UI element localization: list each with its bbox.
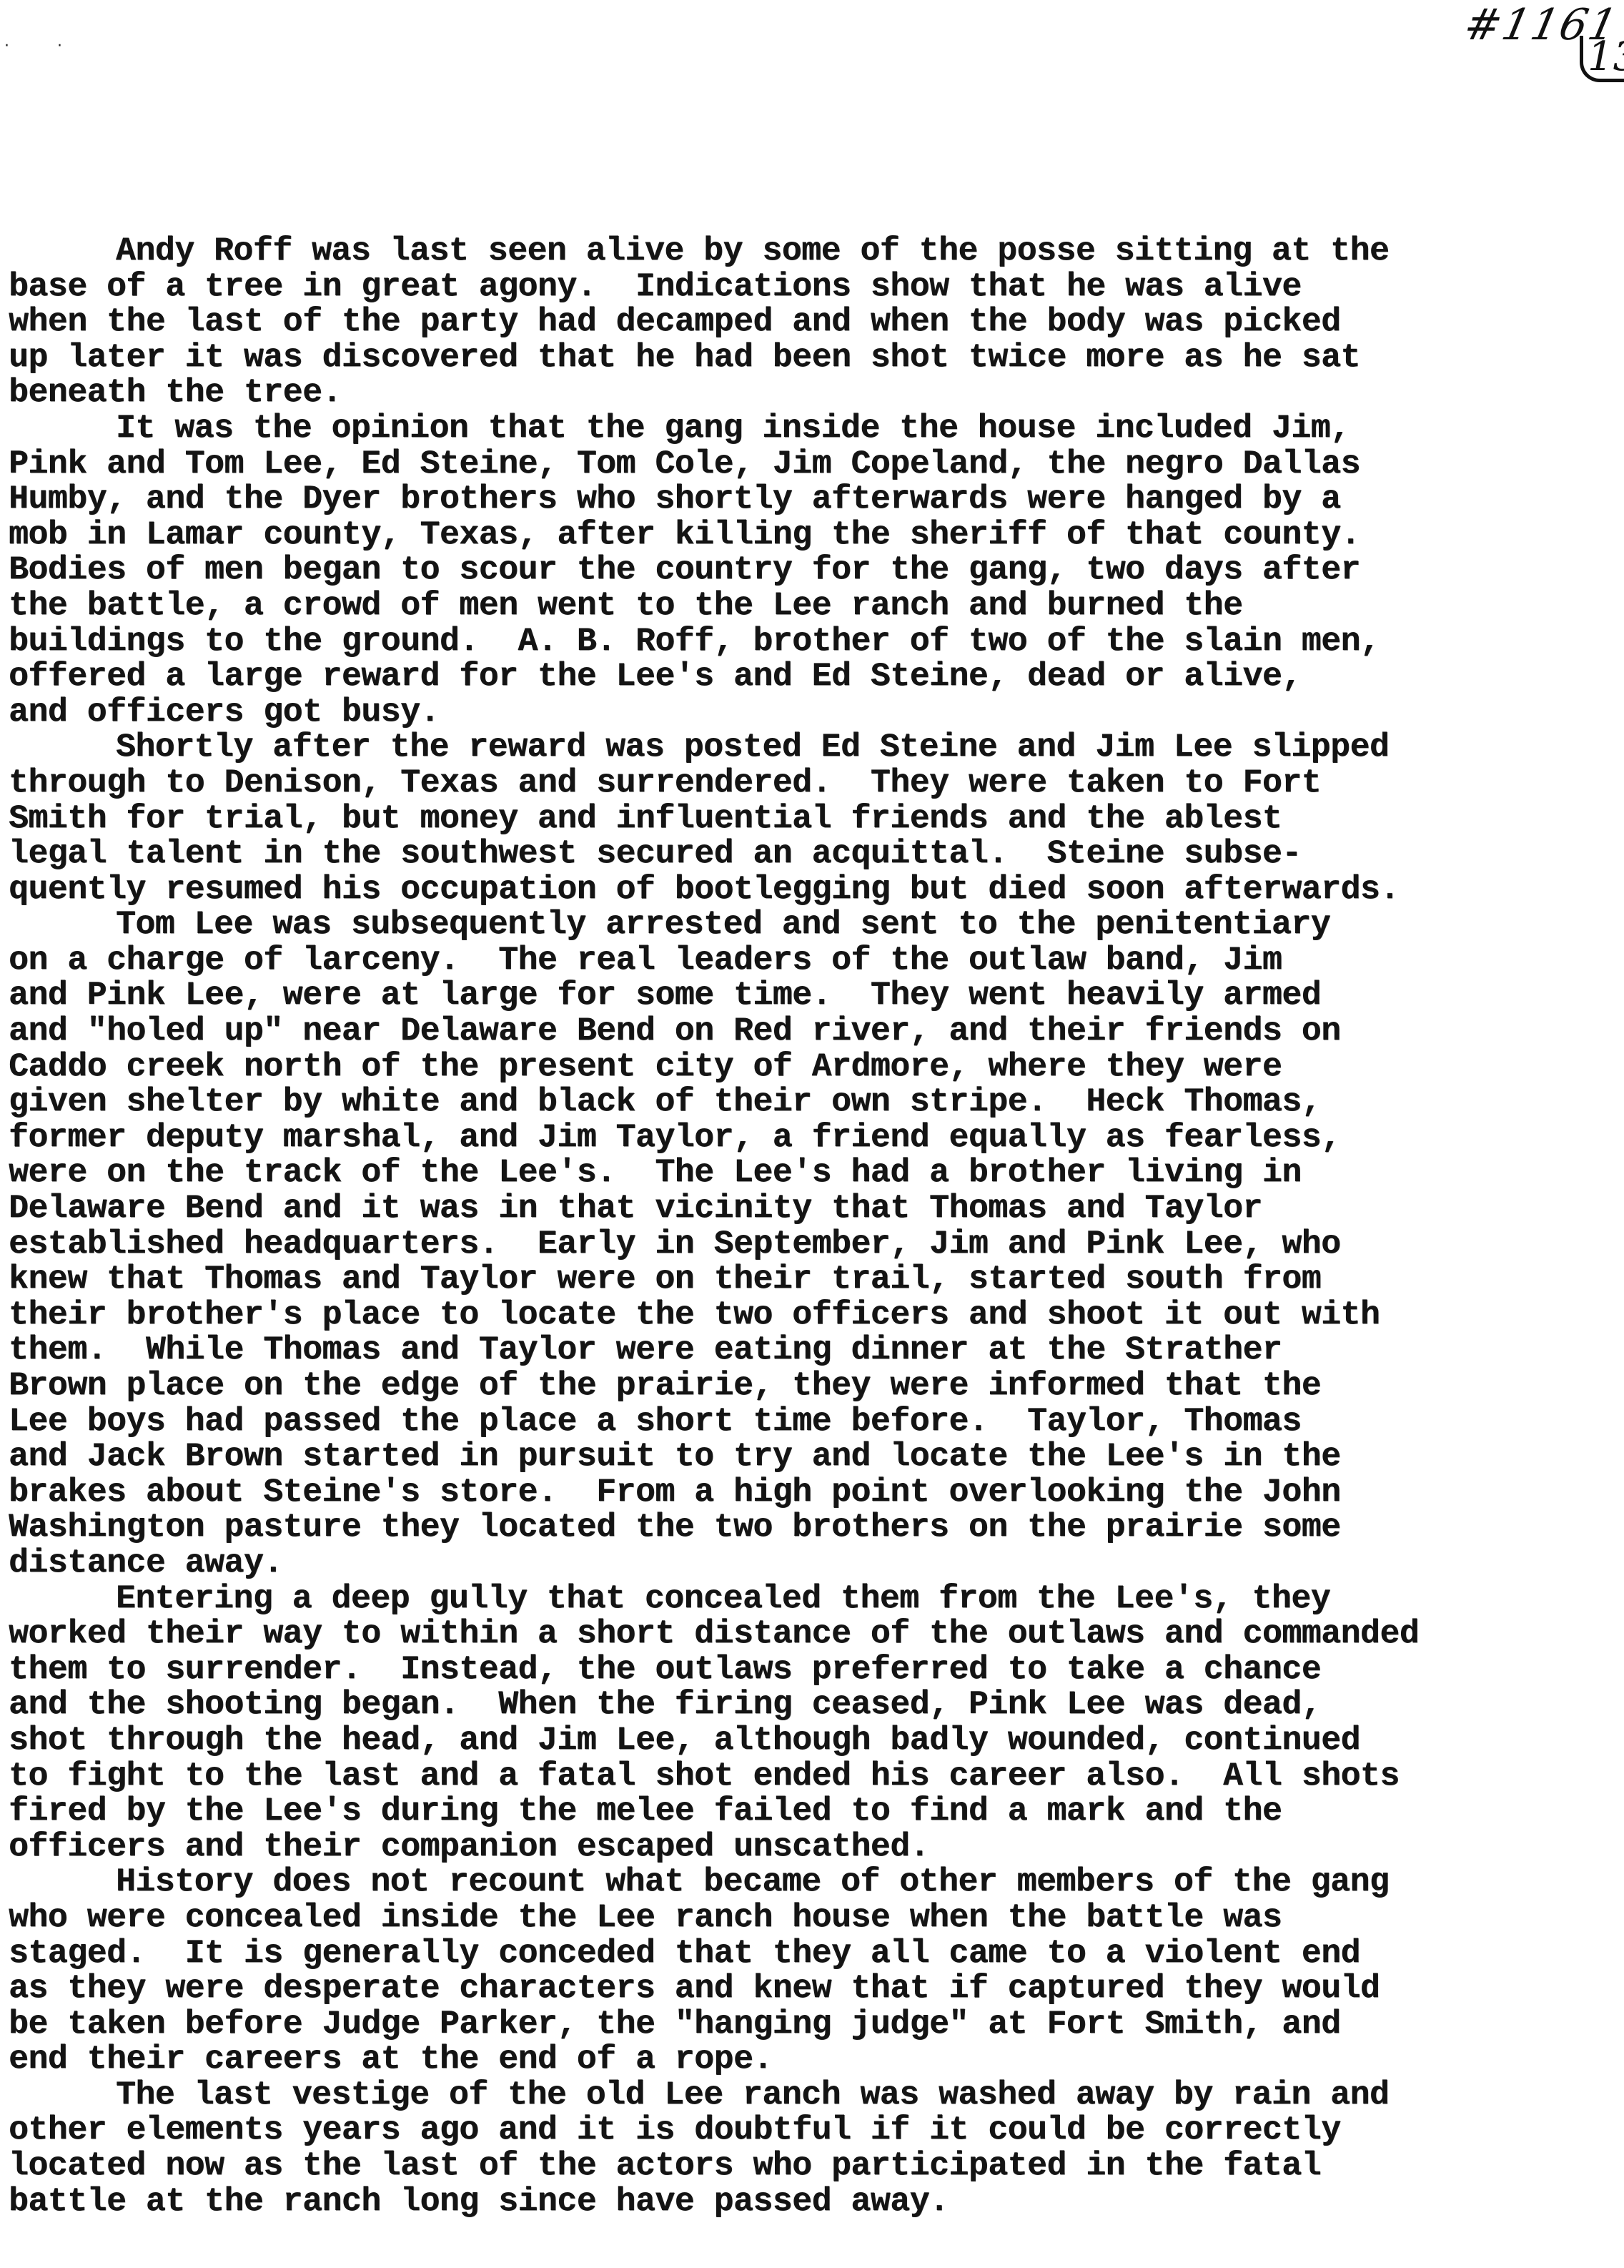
text-line: distance away. [9,1545,1610,1581]
text-line: and officers got busy. [9,694,1610,730]
text-line: Shortly after the reward was posted Ed S… [9,729,1610,765]
text-line: battle at the ranch long since have pass… [9,2184,1610,2219]
text-line: and Pink Lee, were at large for some tim… [9,977,1610,1013]
text-line: Washington pasture they located the two … [9,1509,1610,1545]
typewritten-page: · · #1161 13 Andy Roff was last seen ali… [0,0,1624,2268]
text-line: brakes about Steine's store. From a high… [9,1474,1610,1510]
text-line: them to surrender. Instead, the outlaws … [9,1652,1610,1687]
text-line: staged. It is generally conceded that th… [9,1936,1610,1971]
paragraph: History does not recount what became of … [9,1864,1610,2077]
text-line: established headquarters. Early in Septe… [9,1226,1610,1262]
text-line: other elements years ago and it is doubt… [9,2112,1610,2148]
text-line: buildings to the ground. A. B. Roff, bro… [9,623,1610,659]
text-line: given shelter by white and black of thei… [9,1084,1610,1120]
paragraph: Entering a deep gully that concealed the… [9,1581,1610,1865]
text-line: beneath the tree. [9,375,1610,410]
text-line: Caddo creek north of the present city of… [9,1049,1610,1085]
text-line: their brother's place to locate the two … [9,1297,1610,1333]
text-line: Tom Lee was subsequently arrested and se… [9,907,1610,942]
text-line: them. While Thomas and Taylor were eatin… [9,1332,1610,1368]
text-line: Entering a deep gully that concealed the… [9,1581,1610,1617]
text-line: knew that Thomas and Taylor were on thei… [9,1261,1610,1297]
text-line: former deputy marshal, and Jim Taylor, a… [9,1120,1610,1155]
text-line: as they were desperate characters and kn… [9,1971,1610,2006]
scan-specks: · · [4,37,84,55]
text-line: end their careers at the end of a rope. [9,2041,1610,2077]
text-line: mob in Lamar county, Texas, after killin… [9,517,1610,553]
text-line: worked their way to within a short dista… [9,1616,1610,1652]
text-line: Andy Roff was last seen alive by some of… [9,233,1610,269]
text-line: the battle, a crowd of men went to the L… [9,588,1610,623]
text-line: Lee boys had passed the place a short ti… [9,1404,1610,1439]
text-line: quently resumed his occupation of bootle… [9,872,1610,907]
text-line: The last vestige of the old Lee ranch wa… [9,2077,1610,2113]
text-line: and Jack Brown started in pursuit to try… [9,1439,1610,1474]
paragraph: It was the opinion that the gang inside … [9,410,1610,729]
text-line: Brown place on the edge of the prairie, … [9,1368,1610,1404]
text-line: offered a large reward for the Lee's and… [9,659,1610,694]
text-line: and the shooting began. When the firing … [9,1687,1610,1722]
text-line: were on the track of the Lee's. The Lee'… [9,1155,1610,1190]
text-line: through to Denison, Texas and surrendere… [9,765,1610,801]
text-line: History does not recount what became of … [9,1864,1610,1900]
text-line: to fight to the last and a fatal shot en… [9,1758,1610,1794]
text-line: shot through the head, and Jim Lee, alth… [9,1722,1610,1758]
text-line: who were concealed inside the Lee ranch … [9,1900,1610,1936]
text-line: It was the opinion that the gang inside … [9,410,1610,446]
text-line: fired by the Lee's during the melee fail… [9,1793,1610,1829]
text-line: located now as the last of the actors wh… [9,2148,1610,2184]
text-line: Bodies of men began to scour the country… [9,552,1610,588]
text-line: Humby, and the Dyer brothers who shortly… [9,481,1610,517]
text-line: be taken before Judge Parker, the "hangi… [9,2006,1610,2042]
text-line: and "holed up" near Delaware Bend on Red… [9,1013,1610,1049]
paragraph: Andy Roff was last seen alive by some of… [9,233,1610,410]
text-line: officers and their companion escaped uns… [9,1829,1610,1865]
text-line: on a charge of larceny. The real leaders… [9,942,1610,978]
text-line: when the last of the party had decamped … [9,304,1610,340]
text-line: Pink and Tom Lee, Ed Steine, Tom Cole, J… [9,446,1610,482]
text-line: base of a tree in great agony. Indicatio… [9,269,1610,305]
paragraph: Shortly after the reward was posted Ed S… [9,729,1610,907]
handwritten-page-mark: 13 [1580,36,1624,82]
paragraph: Tom Lee was subsequently arrested and se… [9,907,1610,1580]
document-body: Andy Roff was last seen alive by some of… [9,233,1610,2219]
text-line: up later it was discovered that he had b… [9,340,1610,375]
paragraph: The last vestige of the old Lee ranch wa… [9,2077,1610,2219]
text-line: Smith for trial, but money and influenti… [9,801,1610,837]
text-line: legal talent in the southwest secured an… [9,836,1610,872]
text-line: Delaware Bend and it was in that vicinit… [9,1190,1610,1226]
